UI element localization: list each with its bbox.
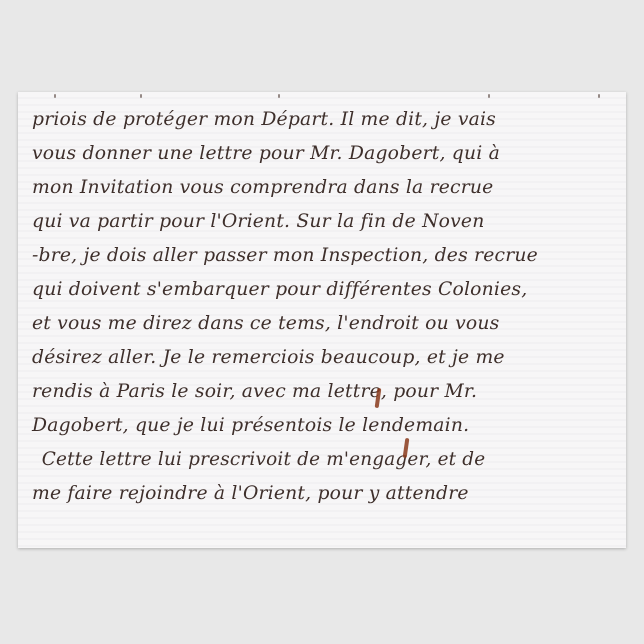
handwritten-text-block: priois de protéger mon Départ. Il me dit…	[32, 102, 618, 510]
ink-stroke	[598, 94, 600, 98]
manuscript-page: priois de protéger mon Départ. Il me dit…	[18, 92, 626, 548]
text-line-5: -bre, je dois aller passer mon Inspectio…	[32, 238, 610, 272]
text-line-8: désirez aller. Je le remerciois beaucoup…	[32, 340, 610, 374]
text-line-11: Cette lettre lui prescrivoit de m'engage…	[32, 442, 600, 476]
text-line-7: et vous me direz dans ce tems, l'endroit…	[32, 306, 610, 340]
text-line-10: Dagobert, que je lui présentois le lende…	[32, 408, 610, 442]
ink-stroke	[140, 94, 142, 98]
text-line-6: qui doivent s'embarquer pour différentes…	[32, 272, 610, 306]
text-line-4: qui va partir pour l'Orient. Sur la fin …	[32, 204, 610, 238]
text-line-3: mon Invitation vous comprendra dans la r…	[32, 170, 610, 204]
document-viewer: priois de protéger mon Départ. Il me dit…	[0, 0, 644, 644]
text-line-9: rendis à Paris le soir, avec ma lettre, …	[32, 374, 610, 408]
ink-stroke	[278, 94, 280, 98]
ink-stroke	[488, 94, 490, 98]
ink-stroke	[54, 94, 56, 98]
text-line-2: vous donner une lettre pour Mr. Dagobert…	[32, 136, 610, 170]
text-line-1: priois de protéger mon Départ. Il me dit…	[32, 102, 610, 136]
text-line-12: me faire rejoindre à l'Orient, pour y at…	[32, 476, 610, 510]
